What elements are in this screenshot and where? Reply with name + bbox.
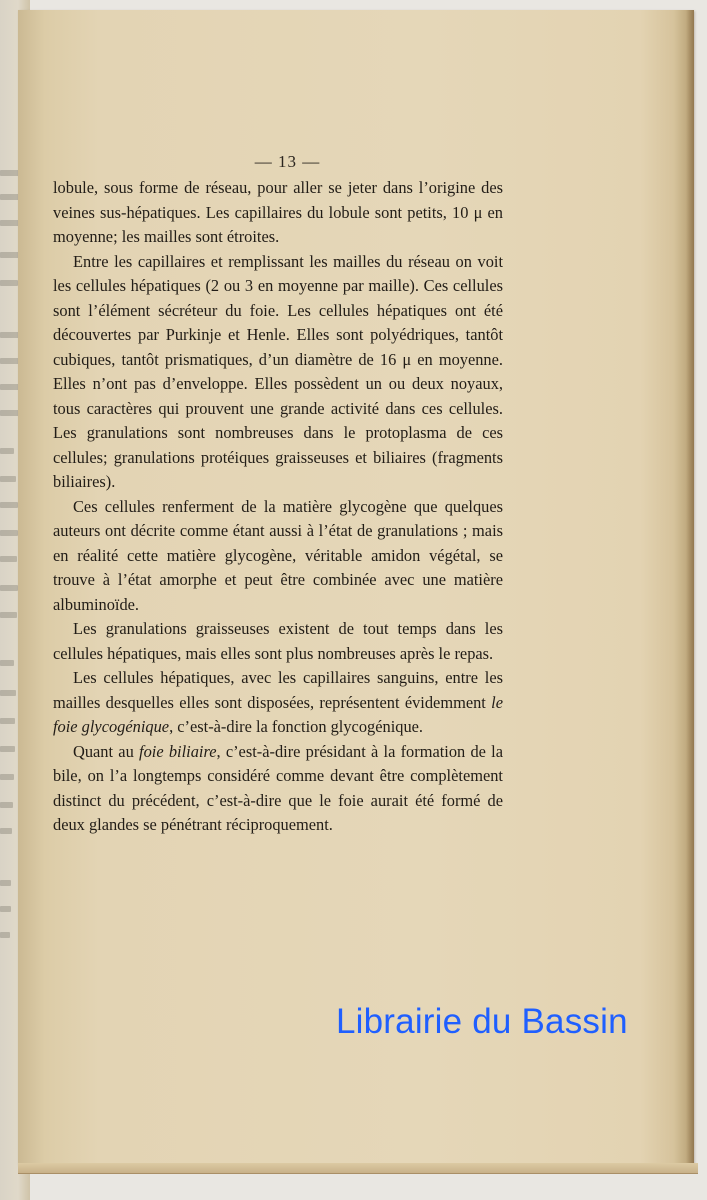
page-body-text: lobule, sous forme de réseau, pour aller…	[53, 176, 503, 838]
bleed-through-text	[0, 612, 17, 618]
paragraph-3: Ces cellules renferment de la matière gl…	[53, 495, 503, 618]
bleed-through-text	[0, 410, 20, 416]
bleed-through-text	[0, 774, 14, 780]
bleed-through-text	[0, 280, 18, 286]
paragraph-4: Les granulations graisseuses existent de…	[53, 617, 503, 666]
bleed-through-text	[0, 585, 18, 591]
seller-watermark: Librairie du Bassin	[336, 1002, 628, 1042]
paragraph-1: lobule, sous forme de réseau, pour aller…	[53, 176, 503, 250]
bleed-through-text	[0, 906, 11, 912]
paragraph-5-text-start: Les cellules hépatiques, avec les capill…	[53, 668, 503, 712]
bleed-through-text	[0, 690, 16, 696]
bleed-through-text	[0, 718, 15, 724]
bleed-through-text	[0, 502, 18, 508]
bleed-through-text	[0, 448, 14, 454]
paragraph-5: Les cellules hépatiques, avec les capill…	[53, 666, 503, 740]
page-number: — 13 —	[0, 152, 575, 172]
bleed-through-text	[0, 252, 20, 258]
paragraph-5-text-end: , c’est-à-dire la fonction glycogénique.	[169, 717, 423, 736]
paragraph-6: Quant au foie biliaire, c’est-à-dire pré…	[53, 740, 503, 838]
paragraph-6-text-start: Quant au	[73, 742, 139, 761]
bleed-through-text	[0, 476, 16, 482]
bleed-through-text	[0, 332, 20, 338]
bleed-through-text	[0, 746, 15, 752]
bleed-through-text	[0, 932, 10, 938]
bleed-through-text	[0, 802, 13, 808]
bleed-through-text	[0, 358, 20, 364]
bleed-through-text	[0, 530, 18, 536]
bleed-through-text	[0, 660, 14, 666]
bleed-through-text	[0, 880, 11, 886]
page-bottom-edge	[18, 1163, 698, 1174]
bleed-through-text	[0, 556, 17, 562]
paragraph-2: Entre les capillaires et remplissant les…	[53, 250, 503, 495]
italic-term-foie-biliaire: foie biliaire	[139, 742, 216, 761]
bleed-through-text	[0, 828, 12, 834]
